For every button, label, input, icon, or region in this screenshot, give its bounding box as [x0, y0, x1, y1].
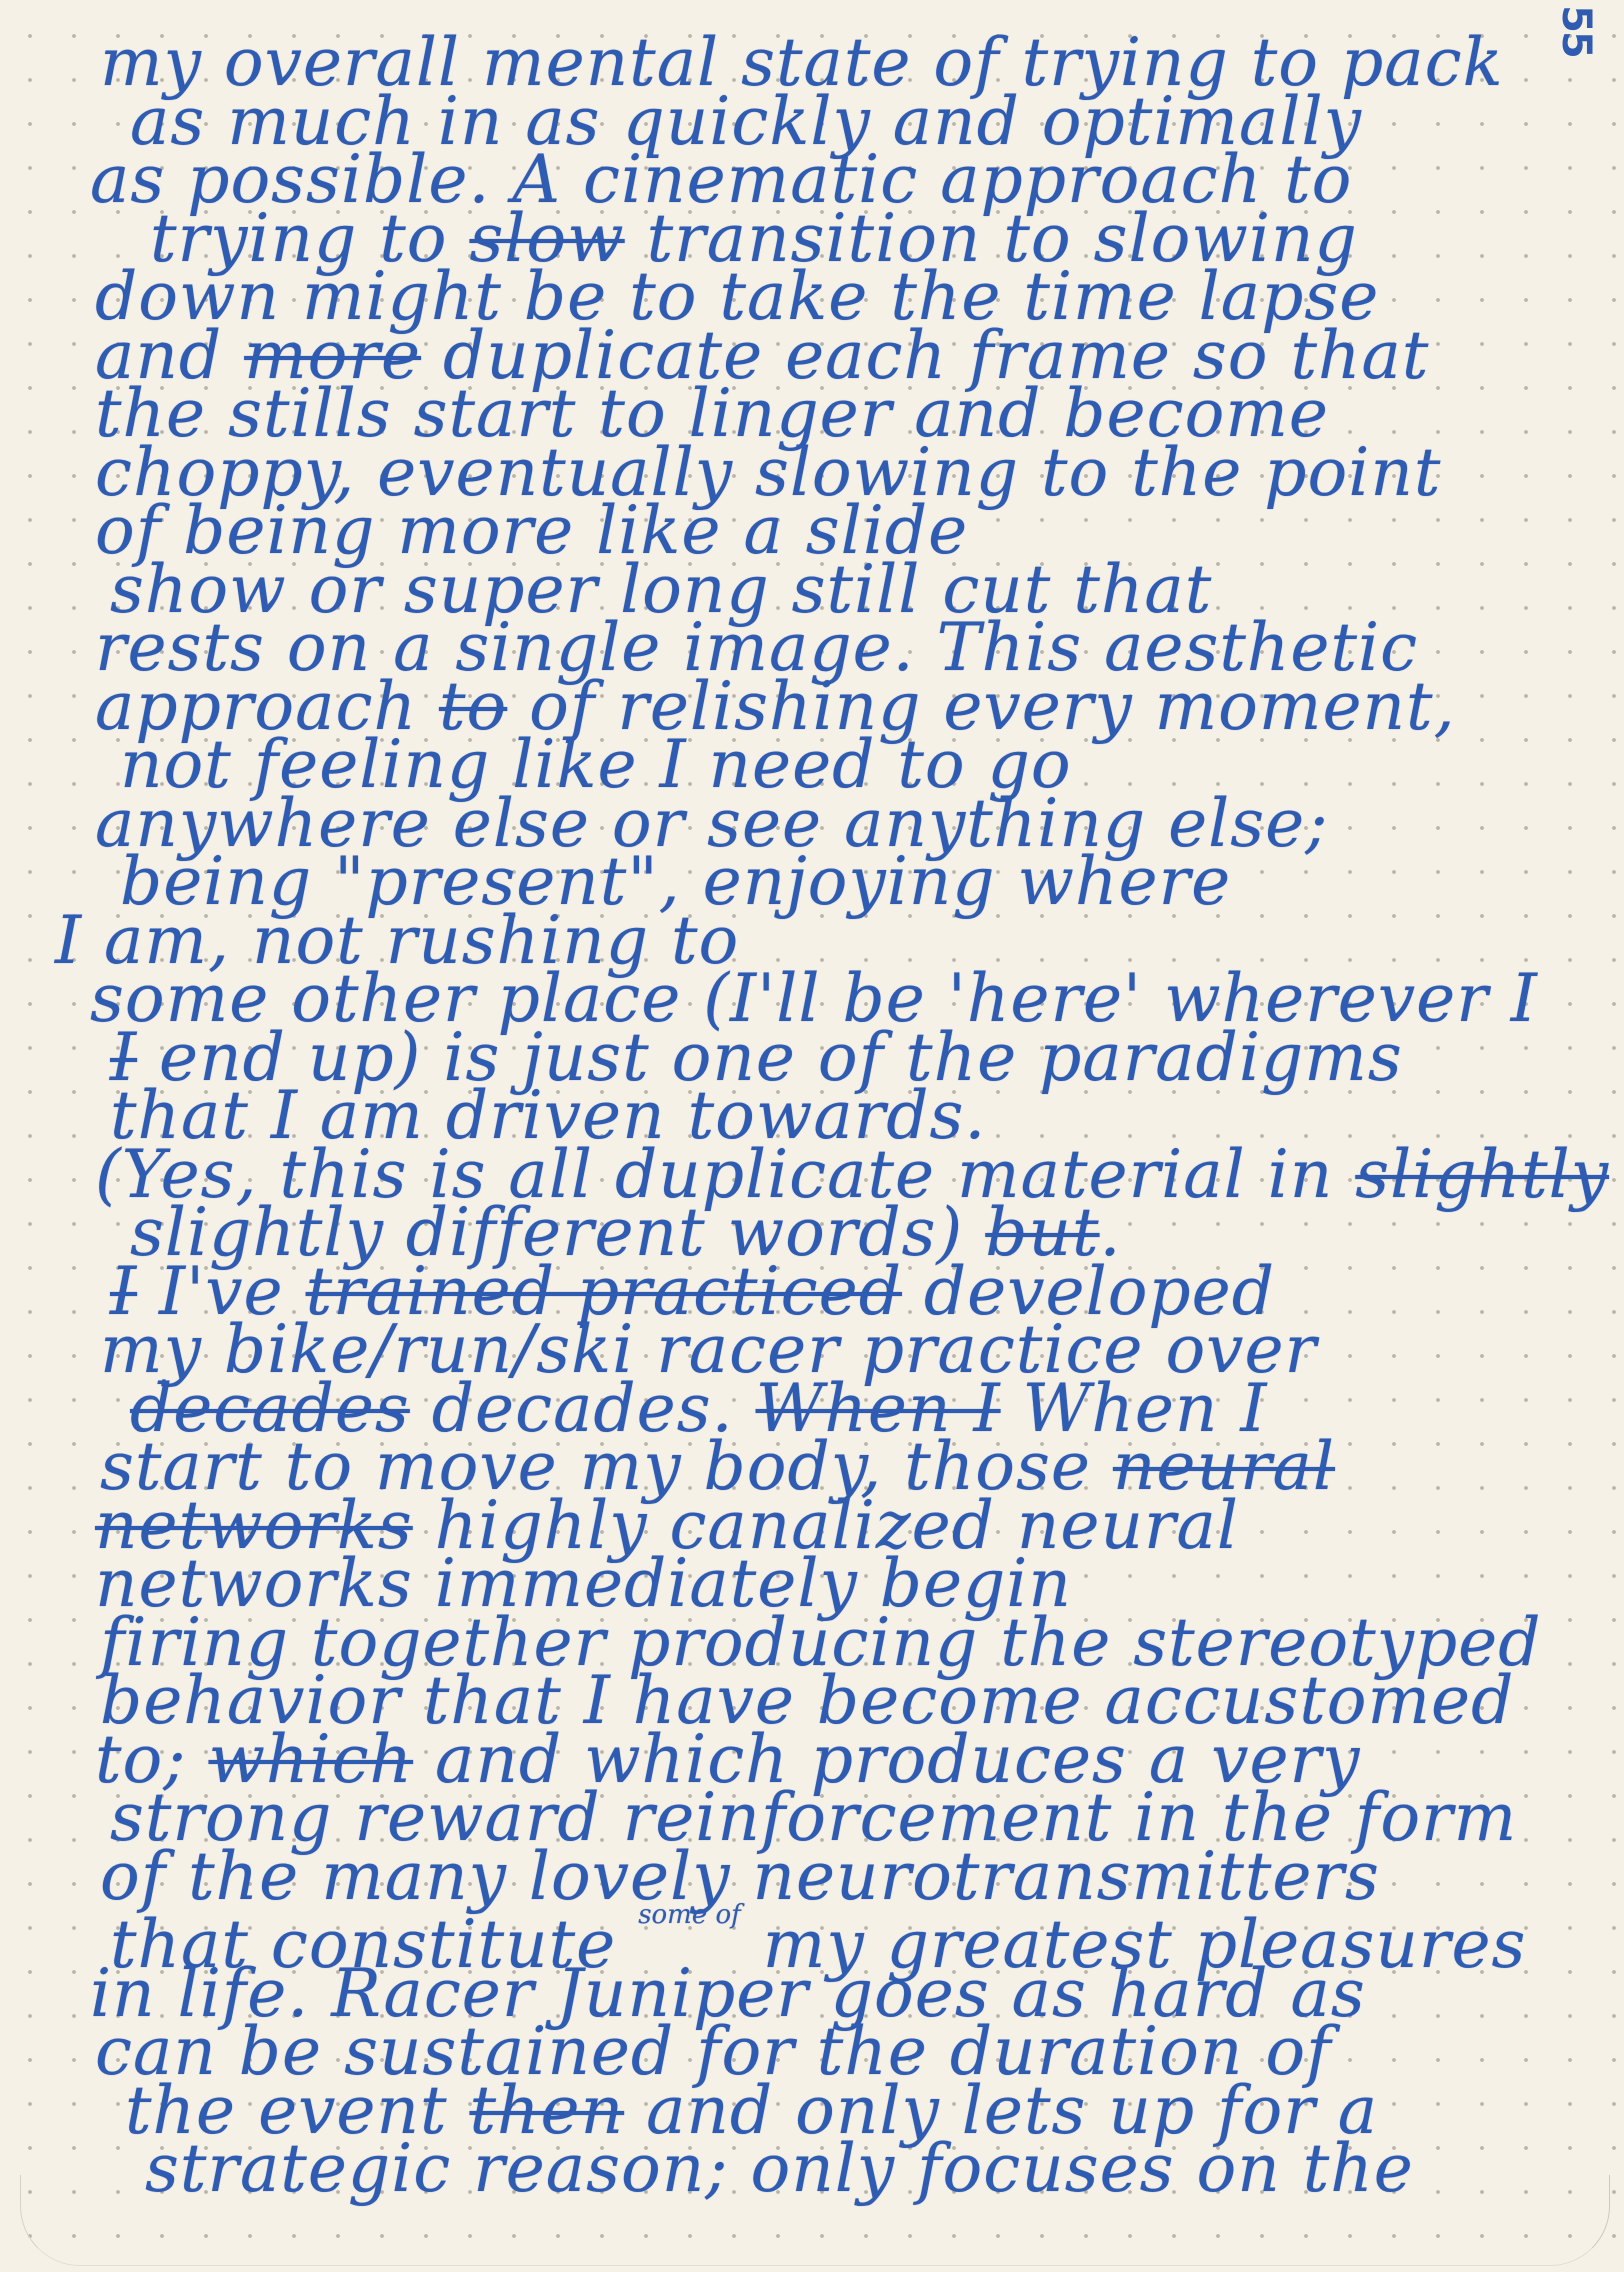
inserted-text: some of — [638, 1900, 741, 1930]
page-number: 55 — [1553, 5, 1599, 57]
text-segment: strategic reason; only focuses on the — [145, 2130, 1414, 2207]
struck-text: slightly — [1355, 1136, 1609, 1213]
text-line: strategic reason; only focuses on the — [145, 2136, 1414, 2202]
journal-page: 55 my overall mental state of trying to … — [0, 0, 1624, 2272]
